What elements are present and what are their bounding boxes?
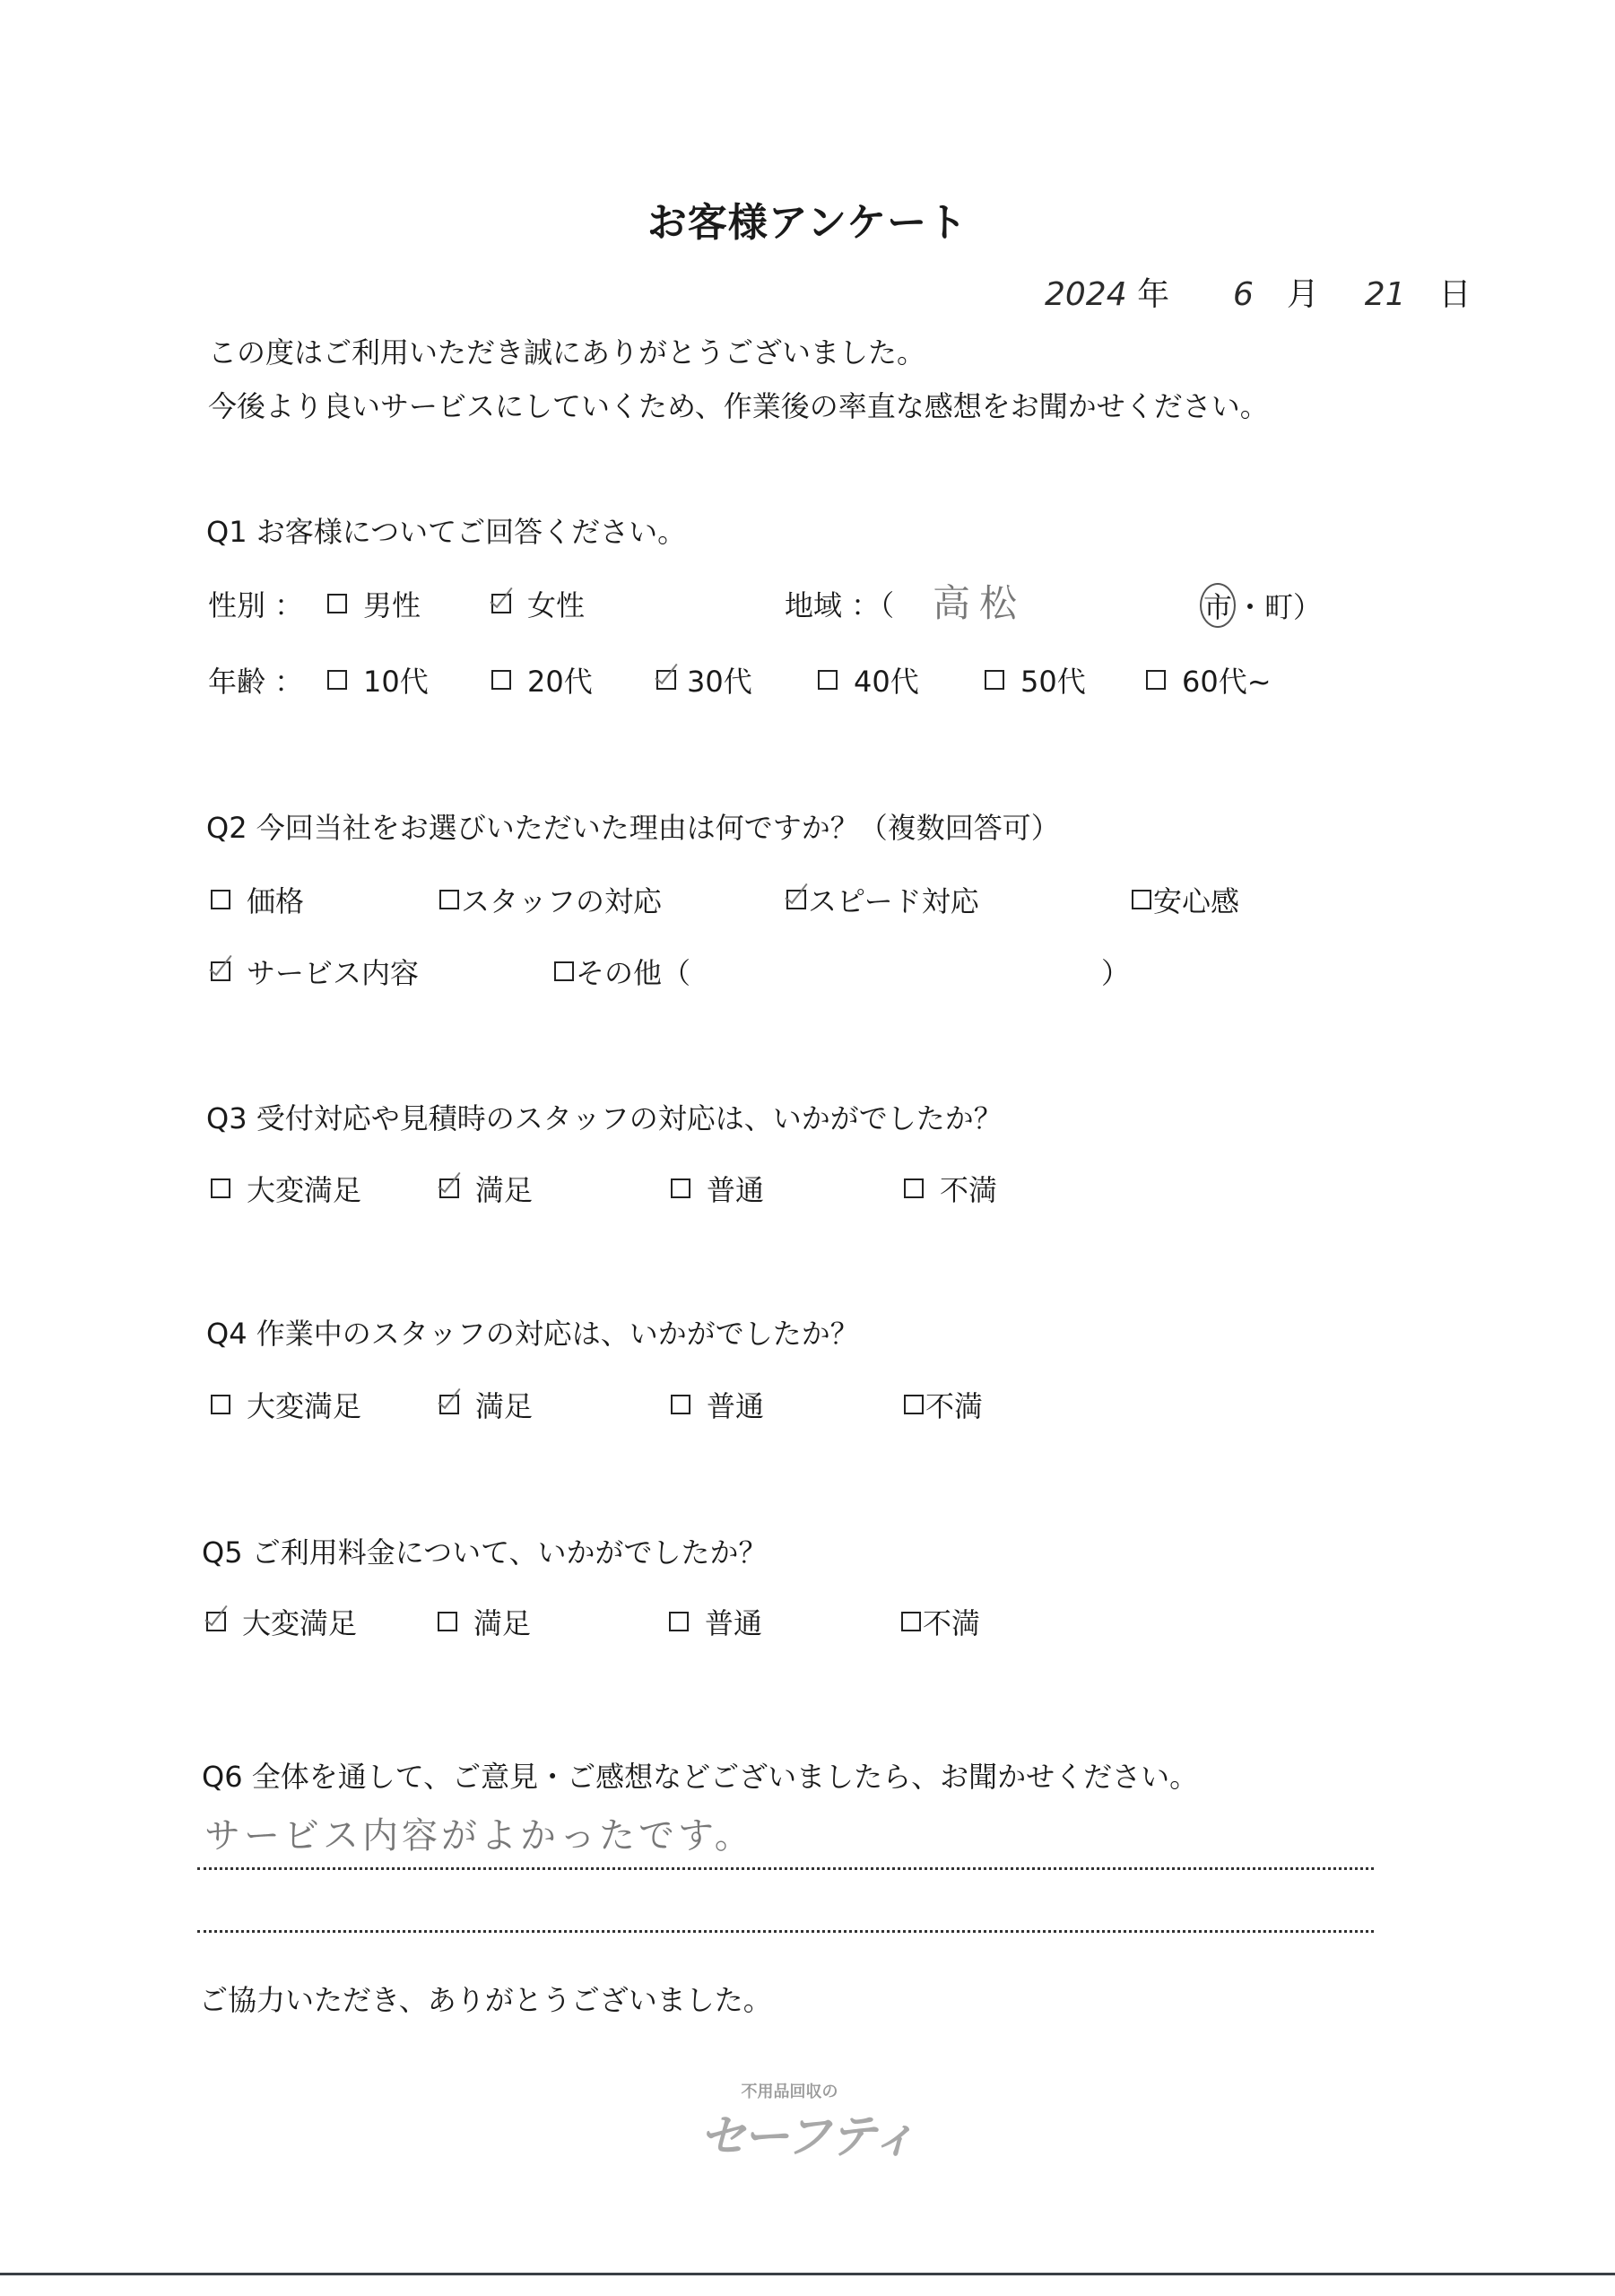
- date-year-unit: 年: [1137, 269, 1169, 315]
- checkbox-30s[interactable]: [656, 670, 676, 690]
- q3-question: Q3 受付対応や見積時のスタッフの対応は、いかがでしたか？: [206, 1096, 1003, 1137]
- answer-line-2: [197, 1930, 1374, 1933]
- checkbox-very-satisfied[interactable]: [211, 1178, 230, 1198]
- checkbox-dissatisfied[interactable]: [901, 1612, 921, 1631]
- checkbox-normal[interactable]: [671, 1395, 690, 1414]
- checkbox-other[interactable]: [554, 961, 574, 981]
- q4-option-very-satisfied[interactable]: 大変満足: [211, 1384, 361, 1425]
- q3-option-satisfied[interactable]: 満足: [439, 1168, 533, 1209]
- checkbox-very-satisfied[interactable]: [206, 1612, 226, 1631]
- q5-option-dissatisfied[interactable]: 不満: [901, 1601, 980, 1642]
- closing-message: ご協力いただき、ありがとうございました。: [199, 1978, 772, 2019]
- gender-option-male[interactable]: 男性: [327, 583, 421, 624]
- option-label: 50代: [1020, 659, 1086, 700]
- answer-line-1: [197, 1867, 1374, 1870]
- q5-question: Q5 ご利用料金について、いかがでしたか？: [202, 1530, 767, 1571]
- age-option-30s[interactable]: 30代: [656, 659, 752, 700]
- checkbox-satisfied[interactable]: [438, 1612, 457, 1631]
- option-label: 不満: [925, 1384, 983, 1425]
- checkbox-40s[interactable]: [818, 670, 838, 690]
- q4-option-dissatisfied[interactable]: 不満: [904, 1384, 983, 1425]
- option-label: 不満: [940, 1168, 997, 1209]
- checkbox-reassurance[interactable]: [1132, 890, 1151, 909]
- q3-option-dissatisfied[interactable]: 不満: [904, 1168, 997, 1209]
- age-option-10s[interactable]: 10代: [327, 659, 429, 700]
- q2-option-service[interactable]: サービス内容: [211, 951, 419, 992]
- option-label: 60代~: [1182, 659, 1272, 700]
- age-label: 年齢 ：: [208, 659, 303, 700]
- checkbox-normal[interactable]: [669, 1612, 689, 1631]
- checkbox-20s[interactable]: [491, 670, 511, 690]
- checkbox-dissatisfied[interactable]: [904, 1395, 924, 1414]
- q2-question: Q2 今回当社をお選びいただいた理由は何ですか？（複数回答可）: [206, 805, 1060, 847]
- q2-option-reassurance[interactable]: 安心感: [1132, 879, 1239, 920]
- q2-option-staff[interactable]: スタッフの対応: [439, 879, 662, 920]
- date-day-unit: 日: [1438, 269, 1471, 315]
- checkbox-staff[interactable]: [439, 890, 459, 909]
- option-label: 満足: [475, 1168, 533, 1209]
- checkbox-female[interactable]: [491, 594, 511, 613]
- option-label: 普通: [707, 1384, 764, 1425]
- q4-question: Q4 作業中のスタッフの対応は、いかがでしたか？: [206, 1311, 859, 1352]
- date-month-unit: 月: [1287, 269, 1319, 315]
- logo-name: セーフティ: [0, 2099, 1615, 2166]
- option-label: スタッフの対応: [461, 879, 662, 920]
- intro-line-1: この度はご利用いただき誠にありがとうございました。: [208, 330, 925, 371]
- page-title: お客様アンケート: [0, 190, 1615, 248]
- region-suffix: 市・町）: [1200, 583, 1322, 628]
- q5-option-normal[interactable]: 普通: [669, 1601, 762, 1642]
- checkbox-male[interactable]: [327, 594, 347, 613]
- option-label: 20代: [527, 659, 593, 700]
- option-label: その他（: [576, 951, 690, 992]
- option-label: 10代: [363, 659, 429, 700]
- age-option-50s[interactable]: 50代: [985, 659, 1086, 700]
- option-label: 大変満足: [247, 1168, 361, 1209]
- option-label: 普通: [705, 1601, 762, 1642]
- q6-answer[interactable]: サービス内容がよかったです。: [204, 1807, 754, 1858]
- region-city-selected[interactable]: 市: [1200, 583, 1236, 628]
- age-option-20s[interactable]: 20代: [491, 659, 593, 700]
- checkbox-satisfied[interactable]: [439, 1395, 459, 1414]
- q2-other-close: ）: [1101, 951, 1130, 992]
- option-label: 40代: [854, 659, 919, 700]
- checkbox-normal[interactable]: [671, 1178, 690, 1198]
- q5-option-very-satisfied[interactable]: 大変満足: [206, 1601, 357, 1642]
- q3-option-normal[interactable]: 普通: [671, 1168, 764, 1209]
- gender-label: 性別 ：: [208, 583, 303, 624]
- age-option-40s[interactable]: 40代: [818, 659, 919, 700]
- q2-option-price[interactable]: 価格: [211, 879, 304, 920]
- q6-question: Q6 全体を通して、ご意見・ご感想などございましたら、お聞かせください。: [202, 1754, 1198, 1796]
- checkbox-price[interactable]: [211, 890, 230, 909]
- option-label: 安心感: [1153, 879, 1239, 920]
- option-label: 満足: [473, 1601, 531, 1642]
- option-label: サービス内容: [247, 951, 419, 992]
- bottom-rule: [0, 2273, 1615, 2275]
- checkbox-60s-plus[interactable]: [1146, 670, 1166, 690]
- checkbox-dissatisfied[interactable]: [904, 1178, 924, 1198]
- date-year: 2024: [1045, 276, 1127, 313]
- q3-option-very-satisfied[interactable]: 大変満足: [211, 1168, 361, 1209]
- checkbox-10s[interactable]: [327, 670, 347, 690]
- checkbox-very-satisfied[interactable]: [211, 1395, 230, 1414]
- option-label: スピード対応: [808, 879, 979, 920]
- option-label: 30代: [687, 659, 752, 700]
- q5-option-satisfied[interactable]: 満足: [438, 1601, 531, 1642]
- age-option-60s-plus[interactable]: 60代~: [1146, 659, 1272, 700]
- option-label: 男性: [363, 583, 421, 624]
- option-label: 大変満足: [247, 1384, 361, 1425]
- date-month: 6: [1233, 276, 1254, 313]
- option-label: 不満: [923, 1601, 980, 1642]
- q2-option-other[interactable]: その他（: [554, 951, 690, 992]
- option-label: 大変満足: [242, 1601, 357, 1642]
- q1-question: Q1 お客様についてご回答ください。: [206, 509, 686, 551]
- gender-option-female[interactable]: 女性: [491, 583, 585, 624]
- checkbox-satisfied[interactable]: [439, 1178, 459, 1198]
- q4-option-satisfied[interactable]: 満足: [439, 1384, 533, 1425]
- option-label: 価格: [247, 879, 304, 920]
- intro-line-2: 今後より良いサービスにしていくため、作業後の率直な感想をお聞かせください。: [208, 384, 1269, 425]
- survey-date: 2024 年 6 月 21 日: [1045, 269, 1471, 315]
- region-sep: ・: [1236, 590, 1264, 624]
- region-town[interactable]: 町）: [1264, 590, 1322, 624]
- region-label: 地域 ：（: [785, 583, 894, 624]
- q2-option-speed[interactable]: スピード対応: [786, 879, 979, 920]
- option-label: 普通: [707, 1168, 764, 1209]
- checkbox-service[interactable]: [211, 961, 230, 981]
- region-value[interactable]: 高松: [933, 574, 1026, 628]
- q4-option-normal[interactable]: 普通: [671, 1384, 764, 1425]
- option-label: 女性: [527, 583, 585, 624]
- checkbox-50s[interactable]: [985, 670, 1004, 690]
- option-label: 満足: [475, 1384, 533, 1425]
- date-day: 21: [1365, 276, 1406, 313]
- checkbox-speed[interactable]: [786, 890, 806, 909]
